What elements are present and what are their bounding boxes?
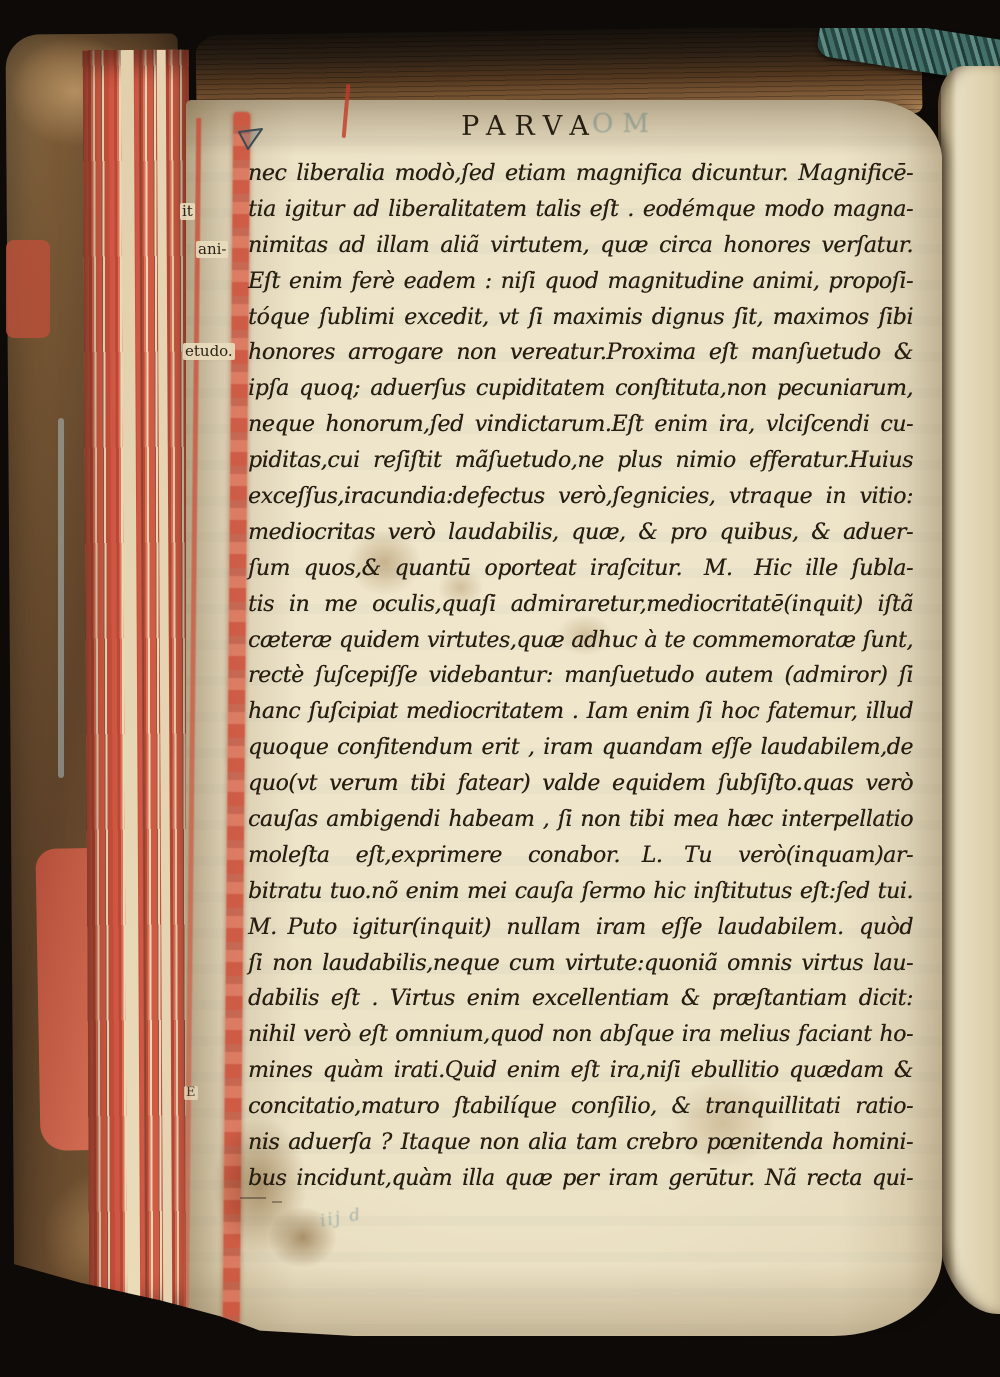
pencil-dash	[272, 1201, 282, 1203]
text-line: Eſt enim ferè eadem : niſi quod magnitud…	[248, 264, 913, 300]
text-line: ipſa quoq; aduerſus cupiditatem conſtitu…	[248, 371, 913, 407]
text-line: rectè ſuſcepiſſe videbantur: manſuetudo …	[248, 658, 913, 694]
red-stained-page-edges	[83, 50, 196, 1323]
photographed-book-page: PARVA OM nec liberalia modò,ſed etiam ma…	[0, 0, 1000, 1377]
text-line: quoque confitendum erit , iram quandam e…	[248, 730, 913, 766]
marginal-note: it	[180, 203, 195, 220]
text-line: piditas,cui reſiſtit mãſuetudo,ne plus n…	[248, 443, 913, 479]
text-line: moleſta eſt,exprimere conabor. L. Tu ver…	[248, 838, 913, 874]
text-line: ſum quos,& quantū oporteat iraſcitur. M.…	[248, 551, 913, 587]
text-line: bitratu tuo.nõ enim mei cauſa ſermo hic …	[248, 874, 913, 910]
running-title: PARVA	[205, 112, 845, 142]
text-line: dabilis eſt . Virtus enim excellentiam &…	[248, 981, 913, 1017]
marginal-note: etudo.	[183, 343, 235, 360]
marginal-note: ani-	[196, 241, 228, 258]
text-line: exceſſus,iracundia:defectus verò,ſegnici…	[248, 479, 913, 515]
cream-page-band	[157, 50, 173, 1322]
page-edge-sliver	[58, 418, 64, 778]
showthrough-title: OM	[592, 110, 658, 139]
text-line: cauſas ambigendi habeam , ſi non tibi me…	[248, 802, 913, 838]
text-line: mines quàm irati.Quid enim eſt ira,niſi …	[248, 1053, 913, 1089]
underlying-page-edge	[938, 66, 1000, 1314]
text-line: nec liberalia modò,ſed etiam magnifica d…	[248, 156, 913, 192]
marginal-note: E	[184, 1086, 198, 1100]
text-line: hanc ſuſcipiat mediocritatem . Iam enim …	[248, 694, 913, 730]
text-line: tis in me oculis,quaſi admiraretur,medio…	[248, 587, 913, 623]
text-line: neque honorum,ſed vindictarum.Eſt enim i…	[248, 407, 913, 443]
text-line: M. Puto igitur(inquit) nullam iram eſſe …	[248, 910, 913, 946]
text-line: concitatio,maturo ſtabilíque conſilio, &…	[248, 1089, 913, 1125]
cream-page-band	[121, 50, 141, 1322]
red-edge-patch	[6, 240, 50, 338]
text-line: mediocritas verò laudabilis, quæ, & pro …	[248, 515, 913, 551]
pencil-dash	[240, 1197, 266, 1199]
text-line: nis aduerſa ? Itaque non alia tam crebro…	[248, 1125, 913, 1161]
text-line: bus incidunt,quàm illa quæ per iram gerū…	[248, 1161, 913, 1197]
text-line: quo(vt verum tibi fatear) valde equidem …	[248, 766, 913, 802]
pen-triangle-mark	[236, 126, 266, 152]
text-line: tia igitur ad liberalitatem talis eſt . …	[248, 192, 913, 228]
text-line: nimitas ad illam aliã virtutem, quæ circ…	[248, 228, 913, 264]
page-edge-shadow-line	[139, 50, 148, 1322]
text-block: nec liberalia modò,ſed etiam magnifica d…	[248, 156, 913, 1197]
text-line: honores arrogare non vereatur.Proxima eſ…	[248, 335, 913, 371]
text-line: nihil verò eſt omnium,quod non abſque ir…	[248, 1017, 913, 1053]
background-mask-top	[0, 0, 1000, 28]
text-line: cæteræ quidem virtutes,quæ adhuc à te co…	[248, 623, 913, 659]
text-line: tóque ſublimi excedit, vt ſi maximis dig…	[248, 300, 913, 336]
text-line: ſi non laudabilis,neque cum virtute:quon…	[248, 946, 913, 982]
